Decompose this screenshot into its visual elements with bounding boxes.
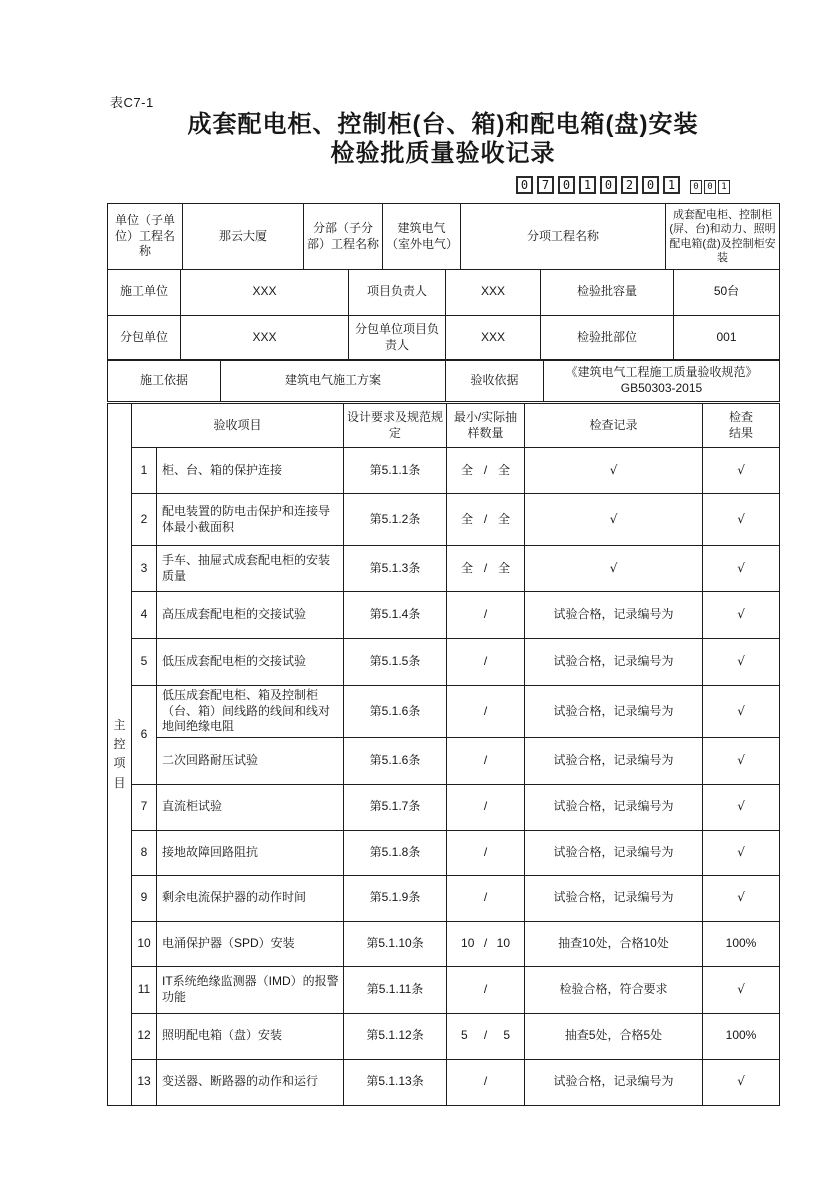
row-number: 10 <box>132 921 157 966</box>
document-page: 表C7-1 成套配电柜、控制柜(台、箱)和配电箱(盘)安装 检验批质量验收记录 … <box>0 0 838 1186</box>
sampling-cell: 5/5 <box>447 1013 525 1059</box>
header-result: 检查结果 <box>703 404 780 448</box>
item-name: IT系统绝缘监测器（IMD）的报警功能 <box>157 966 344 1013</box>
sampling-cell: / <box>447 875 525 921</box>
clause-ref: 第5.1.3条 <box>344 546 447 592</box>
row-number: 6 <box>132 686 157 785</box>
sampling-cell: / <box>447 784 525 830</box>
item-name: 直流柜试验 <box>157 784 344 830</box>
batch-location-value: 001 <box>674 315 780 360</box>
check-result: 100% <box>703 921 780 966</box>
table-row: 10 电涌保护器（SPD）安装 第5.1.10条 10/10 抽查10处，合格1… <box>108 921 780 966</box>
check-record: 抽查5处，合格5处 <box>525 1013 703 1059</box>
code-box: 0 <box>558 176 575 194</box>
check-result: 100% <box>703 1013 780 1059</box>
table-row: 施工单位 XXX 项目负责人 XXX 检验批容量 50台 <box>108 269 780 315</box>
sampling-cell: / <box>447 639 525 686</box>
construction-basis-value: 建筑电气施工方案 <box>221 360 446 402</box>
header-item: 验收项目 <box>132 404 344 448</box>
sampling-cell: 10/10 <box>447 921 525 966</box>
header-sampling: 最小/实际抽样数量 <box>447 404 525 448</box>
check-result: √ <box>703 494 780 546</box>
code-box-small: 0 <box>704 180 716 194</box>
sampling-cell: / <box>447 966 525 1013</box>
row-number: 5 <box>132 639 157 686</box>
sampling-cell: 全/全 <box>447 494 525 546</box>
acceptance-basis-standard: 《建筑电气工程施工质量验收规范》 <box>547 365 776 381</box>
check-record: 检验合格，符合要求 <box>525 966 703 1013</box>
row-number: 4 <box>132 592 157 639</box>
check-result: √ <box>703 830 780 875</box>
code-box: 2 <box>621 176 638 194</box>
sampling-cell: / <box>447 830 525 875</box>
acceptance-basis-code: GB50303-2015 <box>547 381 776 397</box>
subdivision-project-label: 分项工程名称 <box>461 204 666 270</box>
check-result: √ <box>703 875 780 921</box>
code-box: 1 <box>579 176 596 194</box>
row-number: 7 <box>132 784 157 830</box>
item-name: 高压成套配电柜的交接试验 <box>157 592 344 639</box>
header-record: 检查记录 <box>525 404 703 448</box>
row-number: 13 <box>132 1059 157 1105</box>
check-result: √ <box>703 592 780 639</box>
table-row: 3 手车、抽屉式成套配电柜的安装质量 第5.1.3条 全/全 √ √ <box>108 546 780 592</box>
check-record: 试验合格，记录编号为 <box>525 639 703 686</box>
check-result: √ <box>703 546 780 592</box>
page-title: 成套配电柜、控制柜(台、箱)和配电箱(盘)安装 检验批质量验收记录 <box>107 110 779 168</box>
sampling-cell: / <box>447 737 525 784</box>
subcontractor-value: XXX <box>181 315 349 360</box>
unit-project-value: 那云大厦 <box>183 204 304 270</box>
check-record: √ <box>525 448 703 494</box>
check-result: √ <box>703 639 780 686</box>
item-name: 低压成套配电柜的交接试验 <box>157 639 344 686</box>
clause-ref: 第5.1.11条 <box>344 966 447 1013</box>
acceptance-basis-label: 验收依据 <box>446 360 544 402</box>
item-name: 柜、台、箱的保护连接 <box>157 448 344 494</box>
table-row: 12 照明配电箱（盘）安装 第5.1.12条 5/5 抽查5处，合格5处 100… <box>108 1013 780 1059</box>
construction-unit-label: 施工单位 <box>108 269 181 315</box>
info-row23-table: 施工单位 XXX 项目负责人 XXX 检验批容量 50台 分包单位 XXX 分包… <box>107 269 780 361</box>
sampling-cell: 全/全 <box>447 546 525 592</box>
item-name: 接地故障回路阻抗 <box>157 830 344 875</box>
check-record: 抽查10处，合格10处 <box>525 921 703 966</box>
item-name: 变送器、断路器的动作和运行 <box>157 1059 344 1105</box>
check-result: √ <box>703 1059 780 1105</box>
table-row: 分包单位 XXX 分包单位项目负责人 XXX 检验批部位 001 <box>108 315 780 360</box>
project-info-table: 单位（子单位）工程名称 那云大厦 分部（子分部）工程名称 建筑电气（室外电气） … <box>107 203 780 402</box>
item-name: 电涌保护器（SPD）安装 <box>157 921 344 966</box>
code-box: 1 <box>663 176 680 194</box>
clause-ref: 第5.1.2条 <box>344 494 447 546</box>
division-project-label: 分部（子分部）工程名称 <box>304 204 383 270</box>
table-row: 4 高压成套配电柜的交接试验 第5.1.4条 / 试验合格，记录编号为 √ <box>108 592 780 639</box>
info-row4-table: 施工依据 建筑电气施工方案 验收依据 《建筑电气工程施工质量验收规范》 GB50… <box>107 359 780 402</box>
check-record: 试验合格，记录编号为 <box>525 737 703 784</box>
check-result: √ <box>703 737 780 784</box>
check-record: 试验合格，记录编号为 <box>525 830 703 875</box>
check-record: 试验合格，记录编号为 <box>525 875 703 921</box>
code-box: 0 <box>600 176 617 194</box>
inspection-table: 主控项目 验收项目 设计要求及规范规定 最小/实际抽样数量 检查记录 检查结果 … <box>107 403 780 1106</box>
row-number: 3 <box>132 546 157 592</box>
clause-ref: 第5.1.13条 <box>344 1059 447 1105</box>
batch-capacity-value: 50台 <box>674 269 780 315</box>
code-box: 7 <box>537 176 554 194</box>
item-name: 剩余电流保护器的动作时间 <box>157 875 344 921</box>
header-clause: 设计要求及规范规定 <box>344 404 447 448</box>
clause-ref: 第5.1.5条 <box>344 639 447 686</box>
table-row: 7 直流柜试验 第5.1.7条 / 试验合格，记录编号为 √ <box>108 784 780 830</box>
sampling-cell: / <box>447 592 525 639</box>
code-box: 0 <box>516 176 533 194</box>
row-number: 9 <box>132 875 157 921</box>
row-number: 2 <box>132 494 157 546</box>
doc-code-boxes: 0 7 0 1 0 2 0 1 0 0 1 <box>516 176 732 194</box>
subcontractor-leader-label: 分包单位项目负责人 <box>349 315 446 360</box>
table-row: 5 低压成套配电柜的交接试验 第5.1.5条 / 试验合格，记录编号为 √ <box>108 639 780 686</box>
unit-project-label: 单位（子单位）工程名称 <box>108 204 183 270</box>
clause-ref: 第5.1.9条 <box>344 875 447 921</box>
project-leader-label: 项目负责人 <box>349 269 446 315</box>
subcontractor-label: 分包单位 <box>108 315 181 360</box>
check-record: 试验合格，记录编号为 <box>525 784 703 830</box>
sampling-cell: / <box>447 686 525 738</box>
item-name: 配电装置的防电击保护和连接导体最小截面积 <box>157 494 344 546</box>
row-number: 1 <box>132 448 157 494</box>
row-number: 12 <box>132 1013 157 1059</box>
row-number: 11 <box>132 966 157 1013</box>
code-box-small: 0 <box>690 180 702 194</box>
clause-ref: 第5.1.8条 <box>344 830 447 875</box>
table-row: 8 接地故障回路阻抗 第5.1.8条 / 试验合格，记录编号为 √ <box>108 830 780 875</box>
subdivision-project-value: 成套配电柜、控制柜(屏、台)和动力、照明配电箱(盘)及控制柜安装 <box>666 204 780 270</box>
clause-ref: 第5.1.7条 <box>344 784 447 830</box>
clause-ref: 第5.1.4条 <box>344 592 447 639</box>
construction-unit-value: XXX <box>181 269 349 315</box>
clause-ref: 第5.1.10条 <box>344 921 447 966</box>
check-record: 试验合格，记录编号为 <box>525 686 703 738</box>
check-record: 试验合格，记录编号为 <box>525 592 703 639</box>
check-record: √ <box>525 494 703 546</box>
main-control-group-label: 主控项目 <box>108 404 132 1106</box>
form-code: 表C7-1 <box>110 92 154 111</box>
table-row: 施工依据 建筑电气施工方案 验收依据 《建筑电气工程施工质量验收规范》 GB50… <box>108 360 780 402</box>
item-name: 照明配电箱（盘）安装 <box>157 1013 344 1059</box>
clause-ref: 第5.1.6条 <box>344 686 447 738</box>
check-result: √ <box>703 686 780 738</box>
project-leader-value: XXX <box>446 269 541 315</box>
check-record: 试验合格，记录编号为 <box>525 1059 703 1105</box>
row-number: 8 <box>132 830 157 875</box>
batch-location-label: 检验批部位 <box>541 315 674 360</box>
table-row: 11 IT系统绝缘监测器（IMD）的报警功能 第5.1.11条 / 检验合格，符… <box>108 966 780 1013</box>
page-title-line1: 成套配电柜、控制柜(台、箱)和配电箱(盘)安装 <box>107 110 779 139</box>
clause-ref: 第5.1.1条 <box>344 448 447 494</box>
clause-ref: 第5.1.6条 <box>344 737 447 784</box>
check-result: √ <box>703 966 780 1013</box>
item-name: 二次回路耐压试验 <box>157 737 344 784</box>
table-row: 9 剩余电流保护器的动作时间 第5.1.9条 / 试验合格，记录编号为 √ <box>108 875 780 921</box>
table-row: 6 低压成套配电柜、箱及控制柜（台、箱）间线路的线间和线对地间绝缘电阻 第5.1… <box>108 686 780 738</box>
code-box-small: 1 <box>718 180 730 194</box>
subcontractor-leader-value: XXX <box>446 315 541 360</box>
item-name: 手车、抽屉式成套配电柜的安装质量 <box>157 546 344 592</box>
construction-basis-label: 施工依据 <box>108 360 221 402</box>
page-title-line2: 检验批质量验收记录 <box>107 139 779 168</box>
code-box: 0 <box>642 176 659 194</box>
sampling-cell: / <box>447 1059 525 1105</box>
table-header-row: 主控项目 验收项目 设计要求及规范规定 最小/实际抽样数量 检查记录 检查结果 <box>108 404 780 448</box>
acceptance-basis-value: 《建筑电气工程施工质量验收规范》 GB50303-2015 <box>544 360 780 402</box>
check-result: √ <box>703 784 780 830</box>
clause-ref: 第5.1.12条 <box>344 1013 447 1059</box>
sampling-cell: 全/全 <box>447 448 525 494</box>
batch-capacity-label: 检验批容量 <box>541 269 674 315</box>
info-row1-table: 单位（子单位）工程名称 那云大厦 分部（子分部）工程名称 建筑电气（室外电气） … <box>107 203 780 270</box>
check-record: √ <box>525 546 703 592</box>
table-row: 单位（子单位）工程名称 那云大厦 分部（子分部）工程名称 建筑电气（室外电气） … <box>108 204 780 270</box>
check-result: √ <box>703 448 780 494</box>
item-name: 低压成套配电柜、箱及控制柜（台、箱）间线路的线间和线对地间绝缘电阻 <box>157 686 344 738</box>
table-row: 1 柜、台、箱的保护连接 第5.1.1条 全/全 √ √ <box>108 448 780 494</box>
division-project-value: 建筑电气（室外电气） <box>383 204 461 270</box>
table-row: 2 配电装置的防电击保护和连接导体最小截面积 第5.1.2条 全/全 √ √ <box>108 494 780 546</box>
table-row: 13 变送器、断路器的动作和运行 第5.1.13条 / 试验合格，记录编号为 √ <box>108 1059 780 1105</box>
table-row: 二次回路耐压试验 第5.1.6条 / 试验合格，记录编号为 √ <box>108 737 780 784</box>
